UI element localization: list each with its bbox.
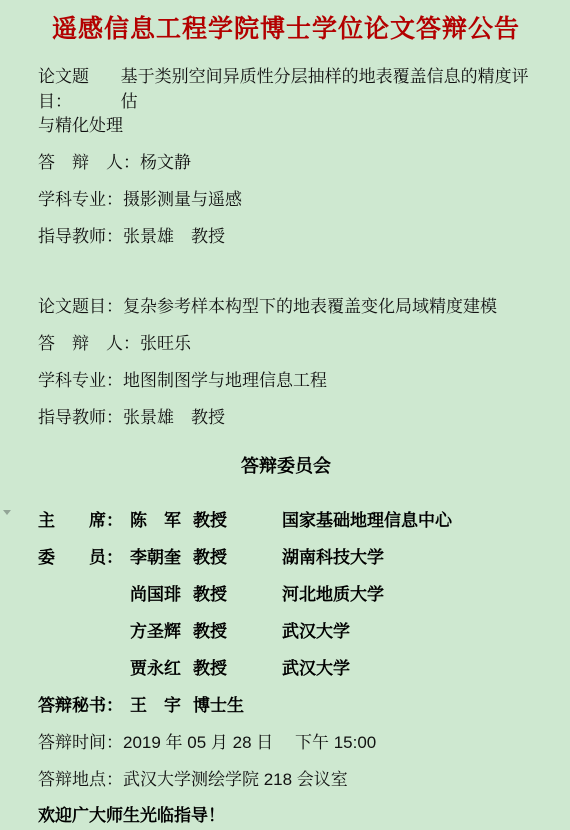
committee-row: 贾永红 教授 武汉大学 [38,648,534,685]
defense-venue-line: 答辩地点： 武汉大学测绘学院 218 会议室 [38,759,534,796]
thesis1-topic-line: 论文题目： 基于类别空间异质性分层抽样的地表覆盖信息的精度评估 [38,68,534,105]
thesis2-topic-text: 复杂参考样本构型下的地表覆盖变化局域精度建模 [123,292,497,317]
announcement-page: 遥感信息工程学院博士学位论文答辩公告 论文题目： 基于类别空间异质性分层抽样的地… [0,0,570,830]
thesis2-major-label: 学科专业： [38,366,123,391]
thesis2-section: 论文题目： 复杂参考样本构型下的地表覆盖变化局域精度建模 答 辩 人： 张旺乐 … [38,286,534,434]
committee-member-title: 教授 [193,580,282,605]
secretary-row: 答辩秘书： 王 宇 博士生 [38,685,534,722]
secretary-label: 答辩秘书： [38,691,130,716]
committee-member-title: 教授 [193,654,282,679]
committee-role-label: 委 员： [38,543,130,568]
thesis1-topic-continuation: 与精化处理 [38,111,123,136]
welcome-text: 欢迎广大师生光临指导！ [38,801,225,826]
thesis1-major-label: 学科专业： [38,185,123,210]
committee-member-name: 方圣辉 [130,617,193,642]
thesis1-advisor-label: 指导教师： [38,222,123,247]
committee-member-org: 国家基础地理信息中心 [282,506,534,531]
thesis2-major-line: 学科专业： 地图制图学与地理信息工程 [38,360,534,397]
committee-heading: 答辩委员会 [241,456,331,476]
committee-heading-row: 答辩委员会 [38,448,534,485]
thesis1-topic-label: 论文题目： [38,62,121,112]
section-gap [38,253,534,286]
committee-member-title: 教授 [193,506,282,531]
committee-member-name: 陈 军 [130,506,193,531]
thesis2-advisor-line: 指导教师： 张景雄 教授 [38,397,534,434]
margin-marker-icon [3,510,11,515]
thesis2-topic-label: 论文题目： [38,292,123,317]
defense-time-value: 2019 年 05 月 28 日 下午 15:00 [123,728,376,753]
thesis2-candidate-name: 张旺乐 [140,329,191,354]
thesis1-candidate-line: 答 辩 人： 杨文静 [38,142,534,179]
section-gap [38,485,534,500]
thesis1-major-line: 学科专业： 摄影测量与遥感 [38,179,534,216]
thesis1-major-text: 摄影测量与遥感 [123,185,242,210]
thesis1-candidate-name: 杨文静 [140,148,191,173]
defense-time-label: 答辩时间： [38,728,123,753]
thesis2-major-text: 地图制图学与地理信息工程 [123,366,327,391]
committee-member-name: 李朝奎 [130,543,193,568]
defense-venue-value: 武汉大学测绘学院 218 会议室 [123,765,348,790]
committee-row: 委 员： 李朝奎 教授 湖南科技大学 [38,537,534,574]
thesis2-advisor-name: 张景雄 教授 [123,403,225,428]
committee-row: 方圣辉 教授 武汉大学 [38,611,534,648]
thesis1-candidate-label: 答 辩 人： [38,148,140,173]
thesis1-topic-text: 基于类别空间异质性分层抽样的地表覆盖信息的精度评估 [121,62,534,112]
thesis2-advisor-label: 指导教师： [38,403,123,428]
defense-time-line: 答辩时间： 2019 年 05 月 28 日 下午 15:00 [38,722,534,759]
secretary-title: 博士生 [193,691,282,716]
committee-row: 尚国琲 教授 河北地质大学 [38,574,534,611]
committee-member-org: 河北地质大学 [282,580,534,605]
thesis1-advisor-name: 张景雄 教授 [123,222,225,247]
page-title: 遥感信息工程学院博士学位论文答辩公告 [38,10,534,50]
thesis2-candidate-label: 答 辩 人： [38,329,140,354]
thesis2-candidate-line: 答 辩 人： 张旺乐 [38,323,534,360]
committee-list: 主 席： 陈 军 教授 国家基础地理信息中心 委 员： 李朝奎 教授 湖南科技大… [38,500,534,685]
thesis2-topic-line: 论文题目： 复杂参考样本构型下的地表覆盖变化局域精度建模 [38,286,534,323]
defense-venue-label: 答辩地点： [38,765,123,790]
welcome-line: 欢迎广大师生光临指导！ [38,796,534,830]
committee-member-name: 贾永红 [130,654,193,679]
committee-member-name: 尚国琲 [130,580,193,605]
thesis1-advisor-line: 指导教师： 张景雄 教授 [38,216,534,253]
committee-member-org: 武汉大学 [282,617,534,642]
committee-member-org: 武汉大学 [282,654,534,679]
thesis1-section: 论文题目： 基于类别空间异质性分层抽样的地表覆盖信息的精度评估 与精化处理 答 … [38,68,534,253]
secretary-name: 王 宇 [130,691,193,716]
committee-row: 主 席： 陈 军 教授 国家基础地理信息中心 [38,500,534,537]
committee-member-title: 教授 [193,543,282,568]
committee-member-title: 教授 [193,617,282,642]
committee-role-label: 主 席： [38,506,130,531]
committee-member-org: 湖南科技大学 [282,543,534,568]
